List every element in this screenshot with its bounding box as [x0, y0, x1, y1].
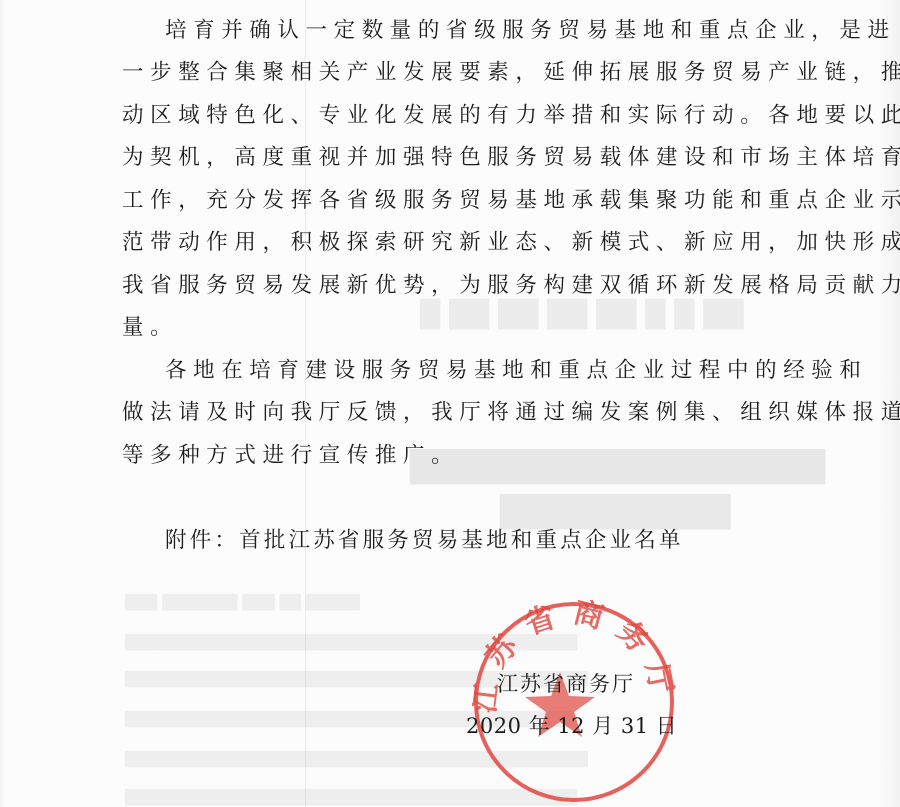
- issuer-name: 江苏省商务厅: [497, 668, 635, 698]
- paragraph-1-line-3: 动区域特色化、专业化发展的有力举措和实际行动。各地要以此: [122, 101, 900, 131]
- paragraph-1-line-5: 工作，充分发挥各省级服务贸易基地承载集聚功能和重点企业示: [122, 186, 900, 216]
- paragraph-2-line-3: 等多种方式进行宣传推广。: [122, 441, 459, 471]
- paragraph-1-line-2: 一步整合集聚相关产业发展要素，延伸拓展服务贸易产业链，推: [122, 58, 900, 88]
- paragraph-2-line-2: 做法请及时向我厅反馈，我厅将通过编发案例集、组织媒体报道: [122, 398, 900, 428]
- paragraph-1-line-7: 我省服务贸易发展新优势，为服务构建双循环新发展格局贡献力: [122, 271, 900, 301]
- paragraph-1-line-6: 范带动作用，积极探索研究新业态、新模式、新应用，加快形成: [122, 228, 900, 258]
- paragraph-1-line-4: 为契机，高度重视并加强特色服务贸易载体建设和市场主体培育: [122, 143, 900, 173]
- bleed-through-title: ██████████████████: [410, 450, 825, 485]
- bleed-through-title: ██████████: [500, 495, 731, 530]
- issue-date: 2020 年 12 月 31 日: [466, 710, 677, 740]
- official-seal-icon: 江苏省商务厅: [472, 600, 676, 804]
- document-page: ██ █ █ ██ ██ ██ ██ █ ██████████████████ …: [0, 0, 900, 807]
- bleed-through-text: ██ █ █ ██ ██ ██ ██ █: [420, 300, 743, 330]
- paragraph-1-line-8: 量。: [122, 313, 178, 343]
- paragraph-2-line-1: 各地在培育建设服务贸易基地和重点企业过程中的经验和: [165, 356, 868, 386]
- attachment-note: 附件：首批江苏省服务贸易基地和重点企业名单: [165, 526, 684, 556]
- bleed-through-body: █████ ██ ███ ███████ ███: [125, 595, 360, 611]
- paragraph-1-line-1: 培育并确认一定数量的省级服务贸易基地和重点企业，是进: [165, 16, 896, 46]
